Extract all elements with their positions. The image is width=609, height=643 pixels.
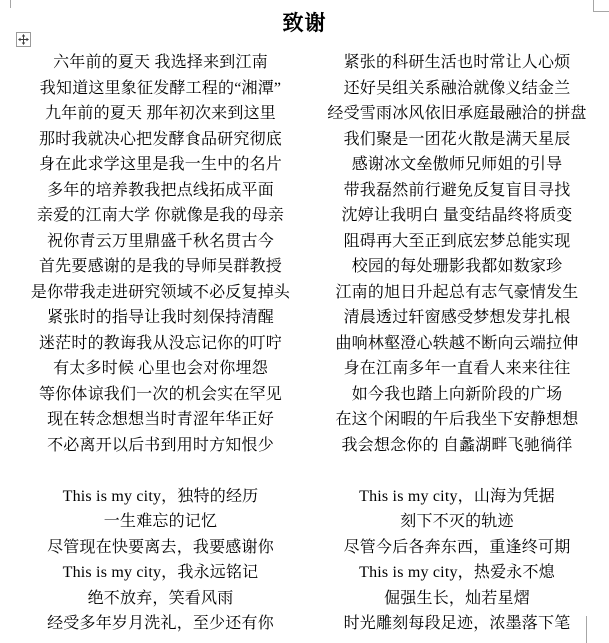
lyric-line: 紧张的科研生活也时常让人心烦: [309, 50, 605, 76]
lyric-line: 现在转念想想当时青涩年华正好: [18, 407, 303, 433]
lyric-line: 多年的培养教我把点线拓成平面: [18, 178, 303, 204]
lyrics-columns: 六年前的夏天 我选择来到江南我知道这里象征发酵工程的“湘潭”九年前的夏天 那年初…: [0, 50, 609, 637]
lyric-line: This is my city，山海为凭据: [309, 484, 605, 510]
lyric-line: 迷茫时的教诲我从没忘记你的叮咛: [18, 331, 303, 357]
lyric-line: 祝你青云万里鼎盛千秋名贯古今: [18, 229, 303, 255]
lyric-line: 清晨透过轩窗感受梦想发芽扎根: [309, 305, 605, 331]
lyric-line: 感谢冰文垒傲师兄师姐的引导: [309, 152, 605, 178]
lyric-line: This is my city，独特的经历: [18, 484, 303, 510]
lyric-line: 绝不放弃，笑看风雨: [18, 586, 303, 612]
lyric-line: 身在此求学这里是我一生中的名片: [18, 152, 303, 178]
lyric-line: 如今我也踏上向新阶段的广场: [309, 382, 605, 408]
lyric-line: 带我磊然前行避免反复盲目寻找: [309, 178, 605, 204]
lyric-line: 曲响林壑澄心轶越不断向云端拉伸: [309, 331, 605, 357]
lyric-line: 刻下不灭的轨迹: [309, 509, 605, 535]
lyric-line: 尽管今后各奔东西，重逢终可期: [309, 535, 605, 561]
lyric-line: 校园的每处珊影我都如数家珍: [309, 254, 605, 280]
lyric-line: 一生难忘的记忆: [18, 509, 303, 535]
lyric-line: 我会想念你的 自蠡湖畔飞驰徜徉: [309, 433, 605, 459]
lyric-line: 经受多年岁月洗礼，至少还有你: [18, 611, 303, 637]
lyric-line: 倔强生长，灿若星熠: [309, 586, 605, 612]
lyric-line: 首先要感谢的是我的导师吴群教授: [18, 254, 303, 280]
lyric-line: 我们聚是一团花火散是满天星辰: [309, 127, 605, 153]
lyric-line: 经受雪雨冰风依旧承庭最融洽的拼盘: [309, 101, 605, 127]
lyric-line: 有太多时候 心里也会对你埋怨: [18, 356, 303, 382]
right-stanza-1: 紧张的科研生活也时常让人心烦还好吴组关系融洽就像义结金兰经受雪雨冰风依旧承庭最融…: [309, 50, 605, 458]
lyric-line: 六年前的夏天 我选择来到江南: [18, 50, 303, 76]
lyric-line: 尽管现在快要离去，我要感谢你: [18, 535, 303, 561]
page-title: 致谢: [0, 7, 609, 37]
lyric-line: 那时我就决心把发酵食品研究彻底: [18, 127, 303, 153]
right-column: 紧张的科研生活也时常让人心烦还好吴组关系融洽就像义结金兰经受雪雨冰风依旧承庭最融…: [309, 50, 605, 637]
right-stanza-2: This is my city，山海为凭据刻下不灭的轨迹尽管今后各奔东西，重逢终…: [309, 484, 605, 637]
lyric-line: 时光雕刻每段足迹，浓墨落下笔: [309, 611, 605, 637]
lyric-line: 亲爱的江南大学 你就像是我的母亲: [18, 203, 303, 229]
lyric-line: 阻碍再大至正到底宏梦总能实现: [309, 229, 605, 255]
lyric-line: 身在江南多年一直看人来来往往: [309, 356, 605, 382]
lyric-line: 等你体谅我们一次的机会实在罕见: [18, 382, 303, 408]
lyric-line: 在这个闲暇的午后我坐下安静想想: [309, 407, 605, 433]
lyric-line: 我知道这里象征发酵工程的“湘潭”: [18, 76, 303, 102]
lyric-line: 紧张时的指导让我时刻保持清醒: [18, 305, 303, 331]
left-stanza-1: 六年前的夏天 我选择来到江南我知道这里象征发酵工程的“湘潭”九年前的夏天 那年初…: [18, 50, 303, 458]
lyric-line: 九年前的夏天 那年初次来到这里: [18, 101, 303, 127]
lyric-line: 沈婷让我明白 量变结晶终将质变: [309, 203, 605, 229]
lyric-line: 还好吴组关系融洽就像义结金兰: [309, 76, 605, 102]
lyric-line: This is my city，热爱永不熄: [309, 560, 605, 586]
lyric-line: This is my city，我永远铭记: [18, 560, 303, 586]
left-stanza-2: This is my city，独特的经历一生难忘的记忆尽管现在快要离去，我要感…: [18, 484, 303, 637]
lyric-line: 江南的旭日升起总有志气豪情发生: [309, 280, 605, 306]
left-column: 六年前的夏天 我选择来到江南我知道这里象征发酵工程的“湘潭”九年前的夏天 那年初…: [18, 50, 303, 637]
lyric-line: 不必离开以后书到用时方知恨少: [18, 433, 303, 459]
document-page: 致谢 六年前的夏天 我选择来到江南我知道这里象征发酵工程的“湘潭”九年前的夏天 …: [0, 0, 609, 643]
lyric-line: 是你带我走进研究领域不必反复掉头: [18, 280, 303, 306]
